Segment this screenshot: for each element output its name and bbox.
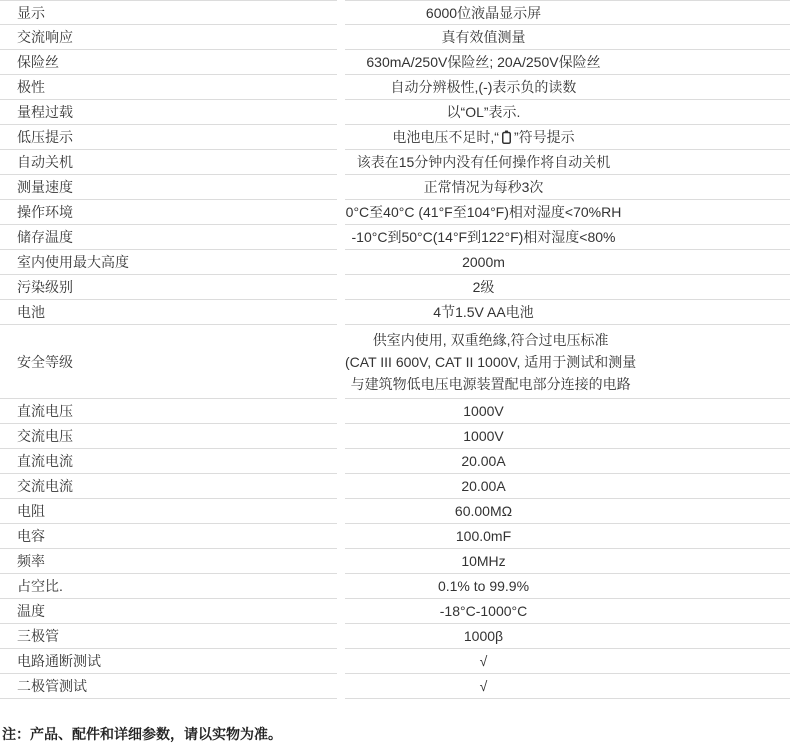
spec-value-line: 6000位液晶显示屏	[426, 2, 541, 24]
spec-value: √	[345, 649, 790, 674]
spec-row: 低压提示电池电压不足时,“”符号提示	[0, 125, 790, 150]
spec-value-line: 2000m	[462, 251, 505, 273]
spec-label: 电阻	[0, 499, 337, 524]
spec-row: 交流响应真有效值测量	[0, 25, 790, 50]
column-gap	[337, 574, 345, 599]
column-gap	[337, 75, 345, 100]
spec-row: 安全等级供室内使用, 双重绝緣,符合过电压标准(CAT III 600V, CA…	[0, 325, 790, 399]
spec-value-line: 真有效值测量	[442, 26, 526, 48]
column-gap	[337, 200, 345, 225]
spec-value: 2000m	[345, 250, 790, 275]
spec-value: 0°C至40°C (41°F至104°F)相对湿度<70%RH	[345, 200, 790, 225]
spec-value-line: 1000V	[463, 425, 503, 447]
spec-value: 20.00A	[345, 474, 790, 499]
spec-value-line: 20.00A	[461, 450, 505, 472]
spec-label: 直流电压	[0, 399, 337, 424]
spec-row: 自动关机该表在15分钟内没有任何操作将自动关机	[0, 150, 790, 175]
column-gap	[337, 599, 345, 624]
spec-value: 0.1% to 99.9%	[345, 574, 790, 599]
column-gap	[337, 649, 345, 674]
column-gap	[337, 424, 345, 449]
spec-row: 操作环境0°C至40°C (41°F至104°F)相对湿度<70%RH	[0, 200, 790, 225]
column-gap	[337, 300, 345, 325]
spec-row: 温度-18°C-1000°C	[0, 599, 790, 624]
spec-value-line: 与建筑物低电压电源装置配电部分连接的电路	[351, 373, 631, 395]
spec-value: 630mA/250V保险丝; 20A/250V保险丝	[345, 50, 790, 75]
spec-value: 6000位液晶显示屏	[345, 0, 790, 25]
spec-value: 正常情况为每秒3次	[345, 175, 790, 200]
spec-value-line: 630mA/250V保险丝; 20A/250V保险丝	[366, 51, 600, 73]
spec-value-line: -10°C到50°C(14°F到122°F)相对湿度<80%	[352, 226, 616, 248]
spec-value-suffix: ”符号提示	[514, 129, 575, 145]
spec-label: 低压提示	[0, 125, 337, 150]
spec-value: 4节1.5V AA电池	[345, 300, 790, 325]
spec-label: 直流电流	[0, 449, 337, 474]
spec-value-line: 自动分辨极性,(-)表示负的读数	[391, 76, 577, 98]
column-gap	[337, 25, 345, 50]
spec-row: 显示6000位液晶显示屏	[0, 0, 790, 25]
spec-value-line: 20.00A	[461, 475, 505, 497]
spec-row: 极性自动分辨极性,(-)表示负的读数	[0, 75, 790, 100]
column-gap	[337, 100, 345, 125]
spec-value-line: 100.0mF	[456, 525, 511, 547]
spec-value-line: 以“OL”表示.	[447, 101, 521, 123]
spec-value-line: 0.1% to 99.9%	[438, 575, 529, 597]
spec-value: 2级	[345, 275, 790, 300]
spec-row: 室内使用最大高度2000m	[0, 250, 790, 275]
spec-row: 电池4节1.5V AA电池	[0, 300, 790, 325]
spec-label: 量程过载	[0, 100, 337, 125]
spec-label: 电池	[0, 300, 337, 325]
spec-row: 保险丝630mA/250V保险丝; 20A/250V保险丝	[0, 50, 790, 75]
spec-label: 显示	[0, 0, 337, 25]
battery-low-icon	[502, 130, 511, 144]
spec-table: 显示6000位液晶显示屏交流响应真有效值测量保险丝630mA/250V保险丝; …	[0, 0, 790, 699]
spec-label: 安全等级	[0, 325, 337, 399]
spec-value-line: 0°C至40°C (41°F至104°F)相对湿度<70%RH	[346, 201, 622, 223]
spec-value: √	[345, 674, 790, 699]
spec-value-line: 2级	[473, 276, 495, 298]
spec-row: 污染级别2级	[0, 275, 790, 300]
spec-value: 以“OL”表示.	[345, 100, 790, 125]
spec-row: 测量速度正常情况为每秒3次	[0, 175, 790, 200]
spec-label: 测量速度	[0, 175, 337, 200]
spec-value: 1000V	[345, 424, 790, 449]
spec-row: 交流电流20.00A	[0, 474, 790, 499]
spec-label: 温度	[0, 599, 337, 624]
column-gap	[337, 549, 345, 574]
spec-value: 供室内使用, 双重绝緣,符合过电压标准(CAT III 600V, CAT II…	[345, 325, 790, 399]
spec-value: 10MHz	[345, 549, 790, 574]
column-gap	[337, 624, 345, 649]
column-gap	[337, 449, 345, 474]
spec-value-line: 60.00MΩ	[455, 500, 512, 522]
spec-value: 60.00MΩ	[345, 499, 790, 524]
spec-row: 频率10MHz	[0, 549, 790, 574]
column-gap	[337, 399, 345, 424]
spec-value-line: 电池电压不足时,“”符号提示	[392, 126, 574, 148]
spec-row: 二极管测试√	[0, 674, 790, 699]
spec-row: 电阻60.00MΩ	[0, 499, 790, 524]
spec-label: 污染级别	[0, 275, 337, 300]
spec-value: 100.0mF	[345, 524, 790, 549]
spec-row: 量程过载以“OL”表示.	[0, 100, 790, 125]
spec-row: 直流电压1000V	[0, 399, 790, 424]
spec-value-line: 1000β	[464, 625, 503, 647]
spec-value-line: 4节1.5V AA电池	[433, 301, 533, 323]
spec-value-line: -18°C-1000°C	[440, 600, 527, 622]
spec-value-line: 10MHz	[461, 550, 505, 572]
spec-label: 交流电压	[0, 424, 337, 449]
spec-label: 储存温度	[0, 225, 337, 250]
spec-label: 电容	[0, 524, 337, 549]
spec-value: 20.00A	[345, 449, 790, 474]
column-gap	[337, 474, 345, 499]
column-gap	[337, 175, 345, 200]
footnote: 注：产品、配件和详细参数，请以实物为准。	[0, 724, 790, 744]
spec-row: 交流电压1000V	[0, 424, 790, 449]
spec-value: -10°C到50°C(14°F到122°F)相对湿度<80%	[345, 225, 790, 250]
spec-label: 三极管	[0, 624, 337, 649]
spec-row: 电路通断测试√	[0, 649, 790, 674]
spec-value-line: √	[480, 675, 488, 697]
spec-row: 直流电流20.00A	[0, 449, 790, 474]
spec-value-line: 该表在15分钟内没有任何操作将自动关机	[357, 151, 611, 173]
spec-value: 自动分辨极性,(-)表示负的读数	[345, 75, 790, 100]
spec-label: 频率	[0, 549, 337, 574]
column-gap	[337, 0, 345, 25]
column-gap	[337, 225, 345, 250]
spec-value: 电池电压不足时,“”符号提示	[345, 125, 790, 150]
column-gap	[337, 674, 345, 699]
column-gap	[337, 325, 345, 399]
spec-value-line: √	[480, 650, 488, 672]
spec-label: 操作环境	[0, 200, 337, 225]
spec-value-prefix: 电池电压不足时,“	[392, 129, 499, 145]
spec-label: 二极管测试	[0, 674, 337, 699]
column-gap	[337, 250, 345, 275]
spec-value-line: 供室内使用, 双重绝緣,符合过电压标准	[373, 329, 609, 351]
column-gap	[337, 499, 345, 524]
spec-label: 极性	[0, 75, 337, 100]
spec-row: 三极管1000β	[0, 624, 790, 649]
spec-row: 电容100.0mF	[0, 524, 790, 549]
spec-value-line: 1000V	[463, 400, 503, 422]
column-gap	[337, 50, 345, 75]
spec-value: 1000V	[345, 399, 790, 424]
column-gap	[337, 275, 345, 300]
spec-label: 交流电流	[0, 474, 337, 499]
column-gap	[337, 125, 345, 150]
spec-value-line: 正常情况为每秒3次	[424, 176, 544, 198]
spec-label: 自动关机	[0, 150, 337, 175]
spec-label: 保险丝	[0, 50, 337, 75]
spec-label: 占空比.	[0, 574, 337, 599]
spec-value: -18°C-1000°C	[345, 599, 790, 624]
spec-value: 该表在15分钟内没有任何操作将自动关机	[345, 150, 790, 175]
spec-row: 占空比.0.1% to 99.9%	[0, 574, 790, 599]
spec-label: 电路通断测试	[0, 649, 337, 674]
spec-value-line: (CAT III 600V, CAT II 1000V, 适用于测试和测量	[345, 351, 636, 373]
spec-value: 真有效值测量	[345, 25, 790, 50]
column-gap	[337, 150, 345, 175]
spec-value: 1000β	[345, 624, 790, 649]
spec-row: 储存温度-10°C到50°C(14°F到122°F)相对湿度<80%	[0, 225, 790, 250]
spec-label: 室内使用最大高度	[0, 250, 337, 275]
spec-label: 交流响应	[0, 25, 337, 50]
column-gap	[337, 524, 345, 549]
product-spec-page: 显示6000位液晶显示屏交流响应真有效值测量保险丝630mA/250V保险丝; …	[0, 0, 790, 744]
